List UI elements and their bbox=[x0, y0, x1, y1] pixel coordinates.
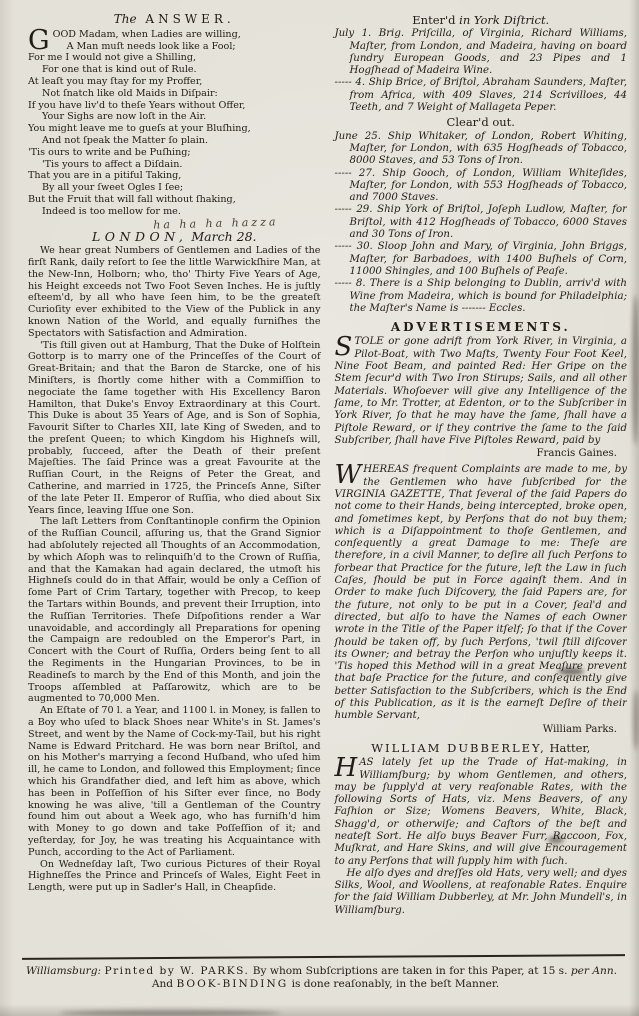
answer-title-the: The bbox=[114, 12, 137, 26]
poem-line: A Man muſt needs look like a Fool; bbox=[53, 41, 321, 53]
poem-line: But the Fruit that will fall without ſha… bbox=[28, 194, 321, 206]
poem-line: And not ſpeak the Matter ſo plain. bbox=[28, 135, 321, 147]
poem-line: Your Sighs are now loſt in the Air. bbox=[28, 111, 321, 123]
ship-entry: ----- 27. Ship Gooch, of London, William… bbox=[335, 168, 628, 205]
imprint-line-1: Williamsburg: Printed by W. PARKS. By wh… bbox=[26, 965, 625, 978]
news-paragraph: An Eſtate of 70 l. a Year, and 1100 l. i… bbox=[28, 705, 321, 858]
hatter-name: WILLIAM DUBBERLEY, bbox=[371, 741, 546, 755]
news-paragraph: We hear great Numbers of Gentlemen and L… bbox=[28, 245, 321, 339]
poem-line: At leaſt you may ſtay for my Proffer, bbox=[28, 76, 321, 88]
drop-cap-s: S bbox=[335, 336, 355, 358]
london-heading-date: March 28. bbox=[191, 229, 256, 244]
advertisements-heading: ADVERTISEMENTS. bbox=[335, 321, 628, 333]
imprint-and: And bbox=[152, 978, 173, 990]
ship-entry: June 25. Ship Whitaker, of London, Rober… bbox=[335, 131, 628, 168]
poem-line: By all your ſweet Ogles I ſee; bbox=[28, 182, 321, 194]
ad-body: HEREAS frequent Complaints are made to m… bbox=[335, 464, 628, 721]
poem-line: Not ſnatch like old Maids in Diſpair: bbox=[28, 88, 321, 100]
page-columns: The ANSWER. G OOD Madam, when Ladies are… bbox=[28, 12, 627, 950]
advertisement-hatter: HAS lately ſet up the Trade of Hat-makin… bbox=[335, 757, 628, 917]
footer-divider-rule bbox=[22, 954, 625, 960]
entered-heading-italic: in York Diſtrict. bbox=[459, 13, 549, 27]
drop-cap-h: H bbox=[335, 757, 360, 779]
london-news: We hear great Numbers of Gentlemen and L… bbox=[28, 245, 321, 894]
imprint-footer: Williamsburg: Printed by W. PARKS. By wh… bbox=[26, 965, 625, 991]
imprint-line-2: And BOOK-BINDING is done reaſonably, in … bbox=[26, 978, 625, 991]
ship-entry: ----- 30. Sloop John and Mary, of Virgin… bbox=[335, 241, 628, 278]
imprint-manner: is done reaſonably, in the beſt Manner. bbox=[292, 978, 500, 990]
advertisement-whereas: WHEREAS frequent Complaints are made to … bbox=[335, 464, 628, 736]
advertisement-stole: STOLE or gone adrift from York River, in… bbox=[335, 336, 628, 460]
imprint-printer: Printed by W. PARKS. bbox=[104, 965, 249, 977]
ad-body: TOLE or gone adrift from York River, in … bbox=[335, 336, 628, 445]
answer-title-caps: ANSWER. bbox=[145, 12, 234, 26]
entered-heading-roman: Enter'd bbox=[412, 13, 455, 27]
answer-title: The ANSWER. bbox=[28, 14, 321, 26]
news-paragraph: The laſt Letters from Conſtantinople con… bbox=[28, 516, 321, 705]
ship-entry: ----- 29. Ship York of Briſtol, Joſeph L… bbox=[335, 204, 628, 241]
news-paragraph: On Wedneſday laſt, Two curious Pictures … bbox=[28, 859, 321, 894]
poem-line: 'Tis ours to write and be Puſhing; bbox=[28, 147, 321, 159]
hatter-ad-title: WILLIAM DUBBERLEY, Hatter, bbox=[335, 742, 628, 754]
imprint-bookbinding: BOOK-BINDING bbox=[176, 978, 288, 990]
entered-heading: Enter'd in York Diſtrict. bbox=[335, 14, 628, 26]
drop-cap-g: G bbox=[28, 29, 53, 52]
answer-poem: G OOD Madam, when Ladies are willing,A M… bbox=[28, 29, 321, 218]
imprint-place: Williamsburg: bbox=[26, 965, 101, 977]
ad-body-2: He alſo dyes and dreſſes old Hats, very … bbox=[335, 868, 628, 917]
ship-entry: ----- 8. There is a Ship belonging to Du… bbox=[335, 278, 628, 315]
poem-line: You might leave me to gueſs at your Bluſ… bbox=[28, 123, 321, 135]
cleared-heading-roman: Clear'd out. bbox=[447, 115, 515, 129]
right-column: Enter'd in York Diſtrict. July 1. Brig. … bbox=[335, 12, 628, 950]
poem-line: For one that is kind out of Rule. bbox=[28, 64, 321, 76]
imprint-subscription: By whom Subſcriptions are taken in for t… bbox=[253, 965, 568, 977]
ad-signature: William Parks. bbox=[335, 724, 628, 736]
imprint-per-ann: per Ann. bbox=[571, 965, 617, 977]
poem-line: If you have liv'd to theſe Years without… bbox=[28, 100, 321, 112]
ad-signature: Francis Gaines. bbox=[335, 448, 628, 460]
edge-smudge bbox=[632, 295, 639, 445]
left-column: The ANSWER. G OOD Madam, when Ladies are… bbox=[28, 12, 321, 950]
drop-cap-w: W bbox=[335, 464, 364, 486]
cleared-heading: Clear'd out. bbox=[335, 116, 628, 128]
entered-list: July 1. Brig. Priſcilla, of Virginia, Ri… bbox=[335, 28, 628, 114]
cleared-list: June 25. Ship Whitaker, of London, Rober… bbox=[335, 131, 628, 315]
ad-body: AS lately ſet up the Trade of Hat-making… bbox=[335, 757, 628, 866]
poem-line: OOD Madam, when Ladies are willing, bbox=[53, 29, 321, 41]
poem-line: That you are in a pitiful Taking, bbox=[28, 170, 321, 182]
hatter-occupation: Hatter, bbox=[549, 741, 590, 755]
ship-entry: July 1. Brig. Priſcilla, of Virginia, Ri… bbox=[335, 28, 628, 77]
newspaper-page: The ANSWER. G OOD Madam, when Ladies are… bbox=[0, 0, 639, 1016]
poem-line: For me I would not give a Shilling, bbox=[28, 52, 321, 64]
news-paragraph: 'Tis ſtill given out at Hamburg, That th… bbox=[28, 340, 321, 517]
poem-line: 'Tis yours to affect a Diſdain. bbox=[28, 159, 321, 171]
edge-smudge bbox=[633, 690, 639, 750]
edge-smudge bbox=[60, 1010, 280, 1016]
ship-entry: ----- 4. Ship Brice, of Briſtol, Abraham… bbox=[335, 77, 628, 114]
